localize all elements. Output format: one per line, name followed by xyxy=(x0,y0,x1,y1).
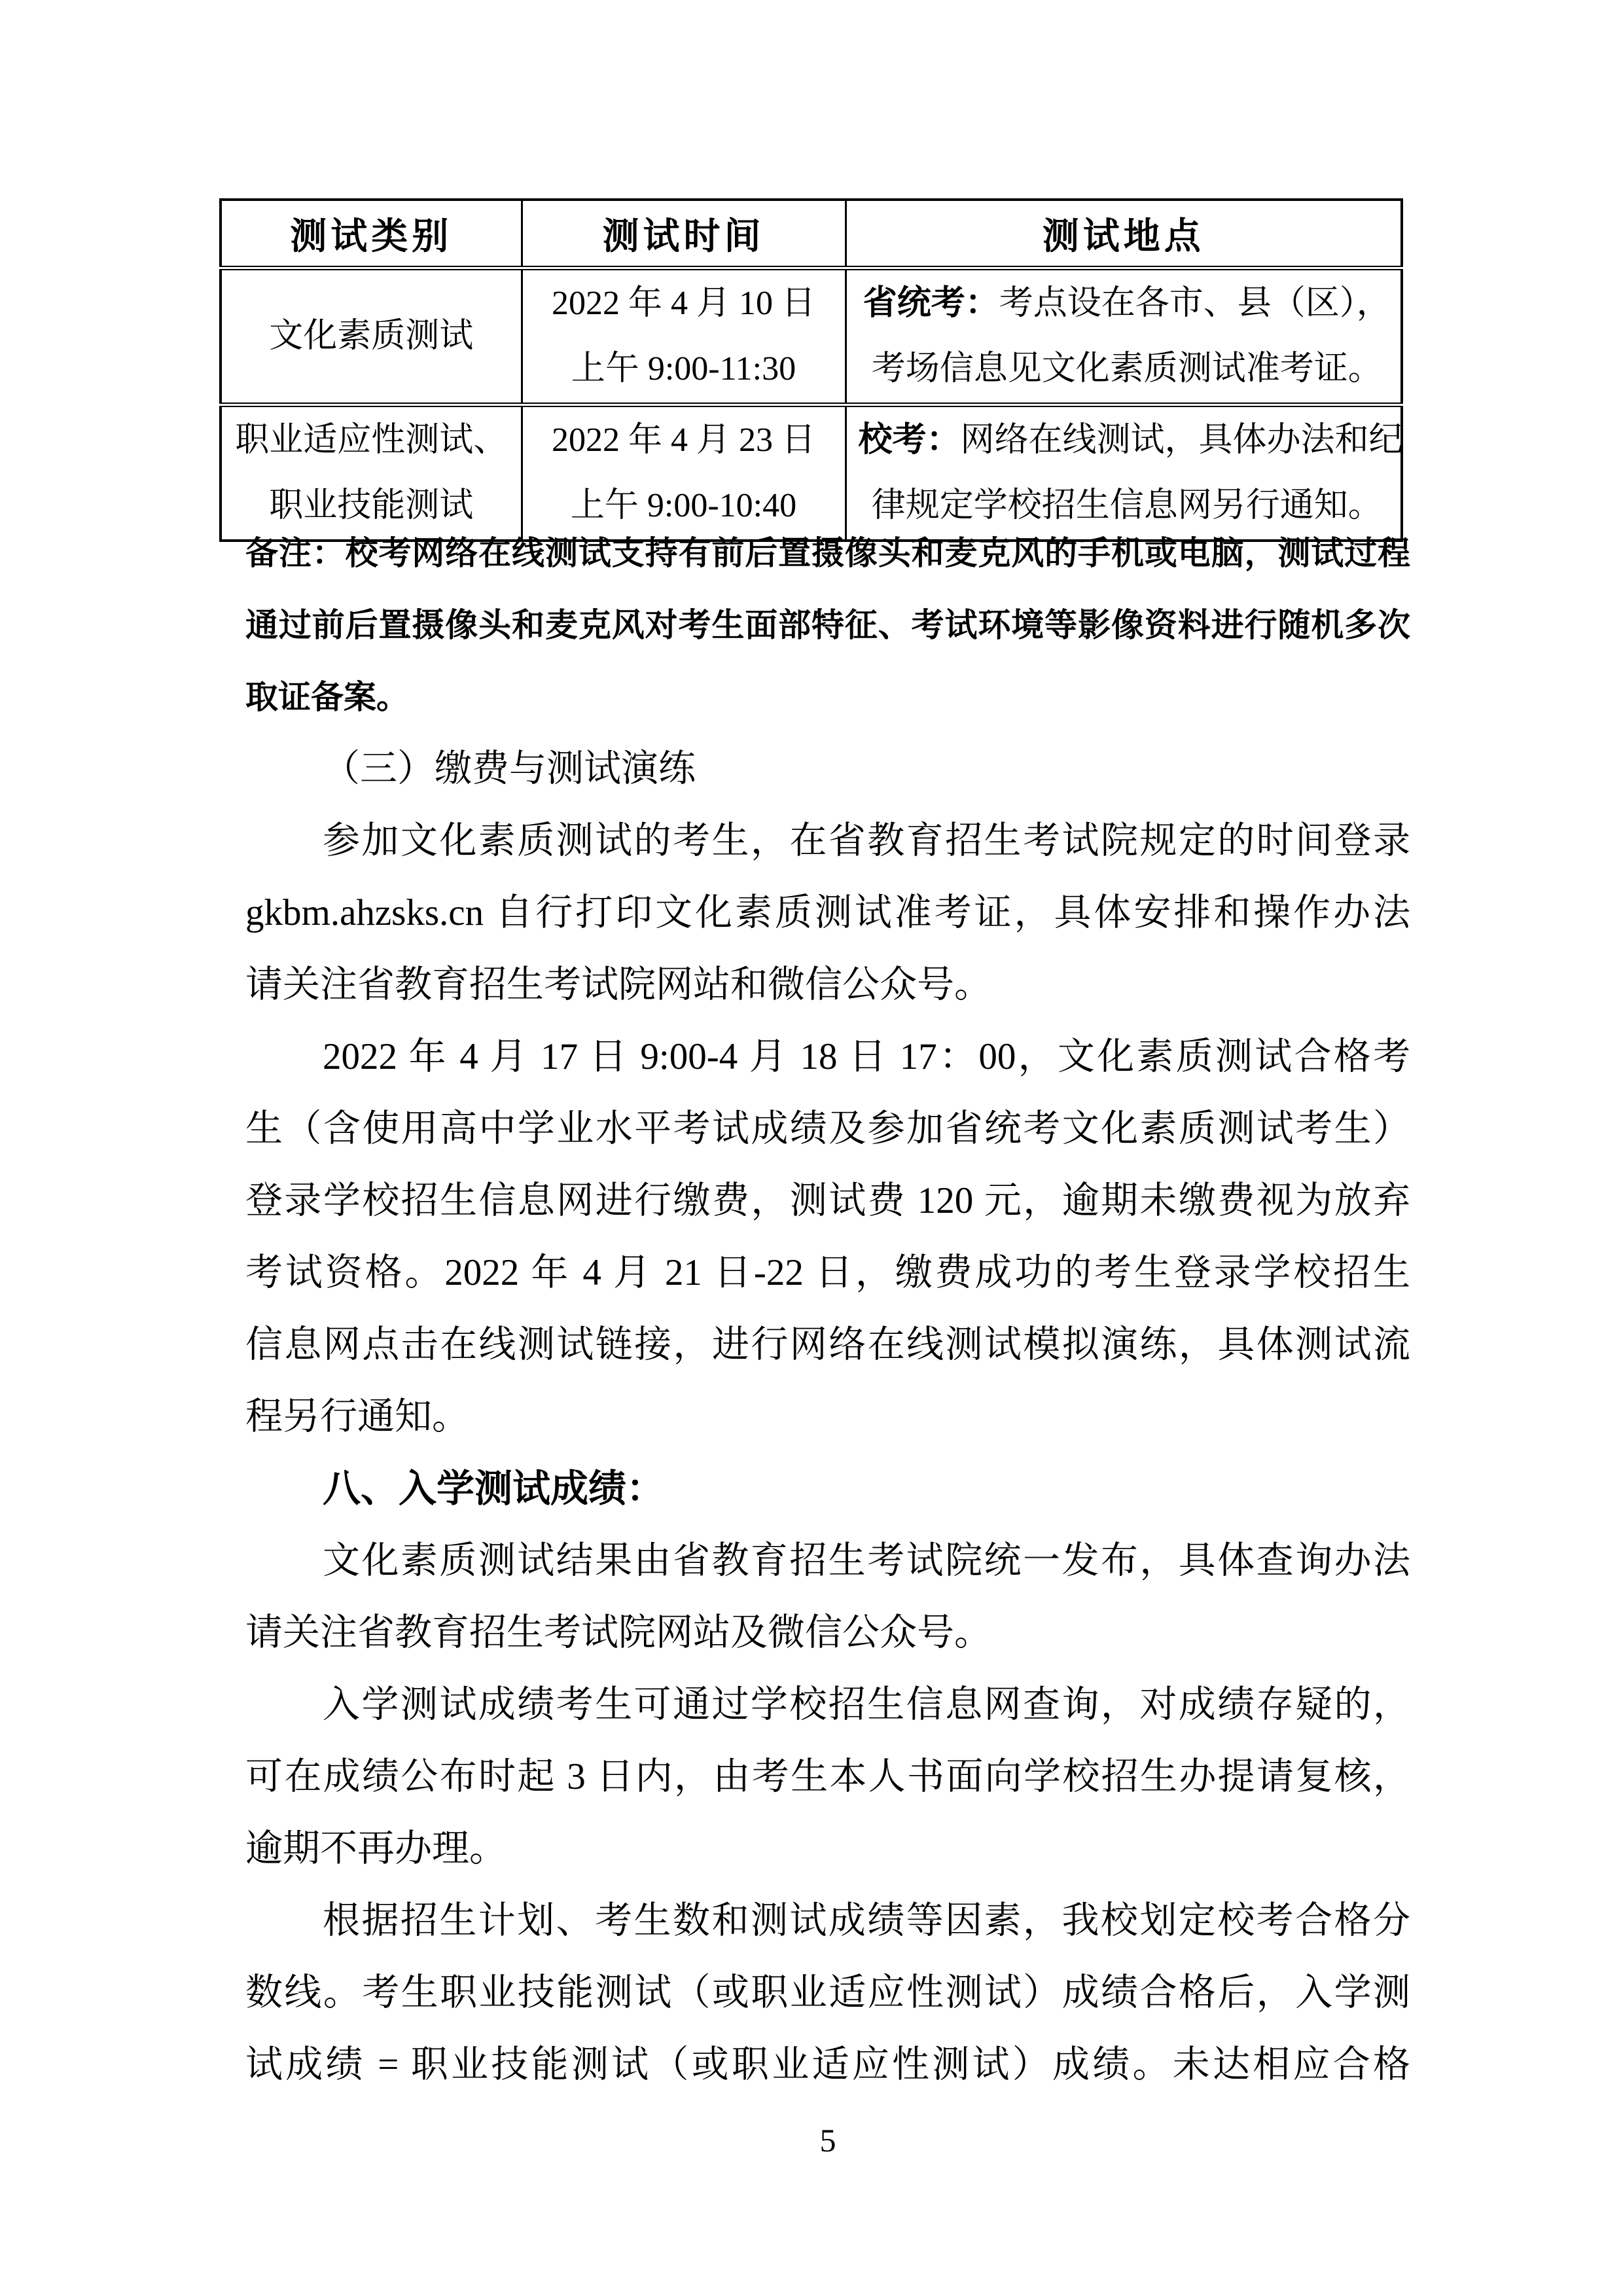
paragraph-line: 考试资格。2022 年 4 月 21 日-22 日，缴费成功的考生登录学校招生 xyxy=(245,1237,1410,1309)
paragraph-line: gkbm.ahzsks.cn 自行打印文化素质测试准考证，具体安排和操作办法 xyxy=(245,877,1410,949)
location-text: 考场信息见文化素质测试准考证。 xyxy=(859,336,1396,402)
section-heading: 八、入学测试成绩： xyxy=(245,1453,1410,1525)
location-text: 网络在线测试，具体办法和纪 xyxy=(961,422,1403,459)
cell-time: 2022 年 4 月 10 日 上午 9:00-11:30 xyxy=(522,268,846,405)
paragraph-line: 文化素质测试结果由省教育招生考试院统一发布，具体查询办法 xyxy=(245,1525,1410,1597)
header-test-time: 测试时间 xyxy=(522,200,846,268)
location-label: 校考： xyxy=(859,422,961,459)
paragraph-line: 逾期不再办理。 xyxy=(245,1813,1410,1885)
paragraph-line: 数线。考生职业技能测试（或职业适应性测试）成绩合格后，入学测 xyxy=(245,1957,1410,2029)
paragraph-line: 登录学校招生信息网进行缴费，测试费 120 元，逾期未缴费视为放弃 xyxy=(245,1165,1410,1237)
cell-location: 省统考：考点设在各市、县（区）， 考场信息见文化素质测试准考证。 xyxy=(846,268,1402,405)
test-schedule-table: 测试类别 测试时间 测试地点 文化素质测试 2022 年 4 月 10 日 上午… xyxy=(219,198,1403,542)
paragraph-line: 参加文化素质测试的考生，在省教育招生考试院规定的时间登录 xyxy=(245,805,1410,877)
paragraph-line: 2022 年 4 月 17 日 9:00-4 月 18 日 17：00，文化素质… xyxy=(245,1021,1410,1093)
note-line: 取证备案。 xyxy=(245,661,1410,733)
subsection-title: （三）缴费与测试演练 xyxy=(245,733,1410,805)
paragraph-line: 可在成绩公布时起 3 日内，由考生本人书面向学校招生办提请复核， xyxy=(245,1741,1410,1813)
document-page: 测试类别 测试时间 测试地点 文化素质测试 2022 年 4 月 10 日 上午… xyxy=(0,0,1623,2296)
cell-category: 文化素质测试 xyxy=(221,268,522,405)
paragraph-line: 入学测试成绩考生可通过学校招生信息网查询，对成绩存疑的， xyxy=(245,1669,1410,1741)
paragraph-line: 信息网点击在线测试链接，进行网络在线测试模拟演练，具体测试流 xyxy=(245,1309,1410,1381)
header-test-category: 测试类别 xyxy=(221,200,522,268)
time-date: 2022 年 4 月 10 日 xyxy=(524,271,844,336)
table-header-row: 测试类别 测试时间 测试地点 xyxy=(221,200,1402,268)
location-text: 考点设在各市、县（区）， xyxy=(999,285,1391,322)
time-hours: 上午 9:00-11:30 xyxy=(524,336,844,402)
paragraph-line: 请关注省教育招生考试院网站及微信公众号。 xyxy=(245,1597,1410,1669)
page-number: 5 xyxy=(245,2104,1410,2176)
paragraph-line: 根据招生计划、考生数和测试成绩等因素，我校划定校考合格分 xyxy=(245,1885,1410,1957)
paragraph-line: 试成绩 = 职业技能测试（或职业适应性测试）成绩。未达相应合格 xyxy=(245,2029,1410,2101)
category-text: 文化素质测试 xyxy=(223,304,520,369)
header-test-location: 测试地点 xyxy=(846,200,1402,268)
time-date: 2022 年 4 月 23 日 xyxy=(524,408,844,473)
paragraph-line: 生（含使用高中学业水平考试成绩及参加省统考文化素质测试考生） xyxy=(245,1093,1410,1165)
table-row: 文化素质测试 2022 年 4 月 10 日 上午 9:00-11:30 省统考… xyxy=(221,268,1402,405)
location-label: 省统考： xyxy=(863,285,999,322)
paragraph-line: 请关注省教育招生考试院网站和微信公众号。 xyxy=(245,949,1410,1021)
category-text: 职业适应性测试、 xyxy=(223,408,520,473)
note-line: 通过前后置摄像头和麦克风对考生面部特征、考试环境等影像资料进行随机多次 xyxy=(245,589,1410,661)
note-line: 备注：校考网络在线测试支持有前后置摄像头和麦克风的手机或电脑，测试过程 xyxy=(245,517,1410,589)
paragraph-line: 程另行通知。 xyxy=(245,1381,1410,1453)
